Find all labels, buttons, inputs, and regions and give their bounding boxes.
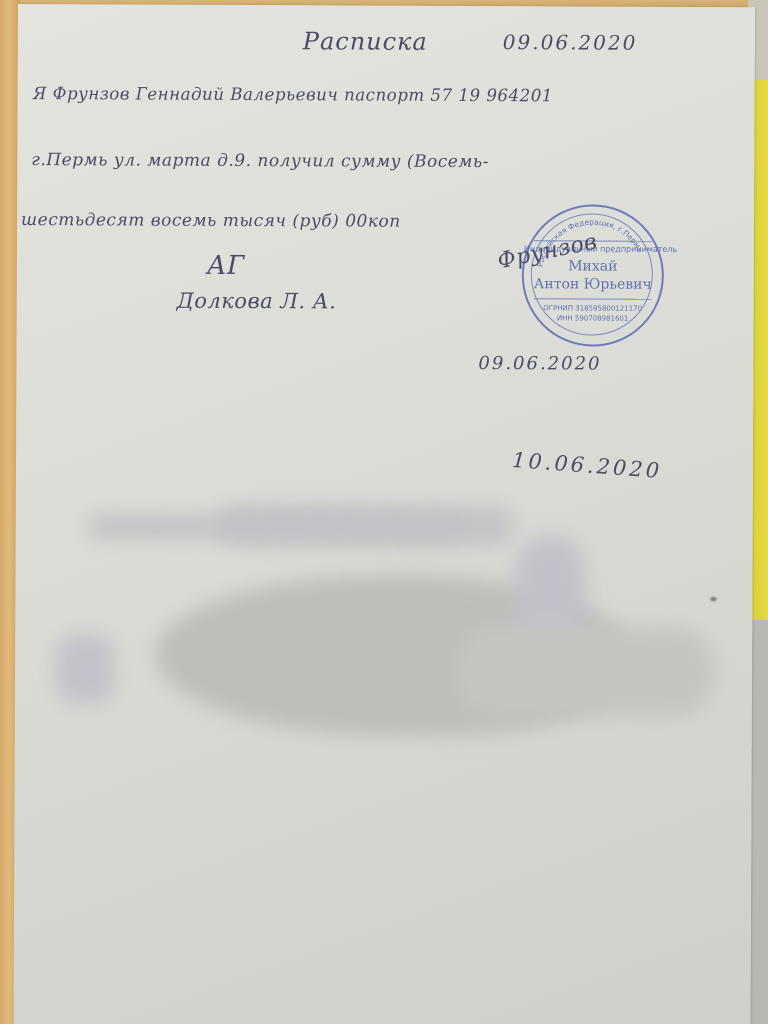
body-line-1: Я Фрунзов Геннадий Валерьевич паспорт 57…	[33, 84, 553, 106]
blur-shape	[455, 626, 715, 717]
receipt-paper: Расписка 09.06.2020 Я Фрунзов Геннадий В…	[14, 4, 755, 1024]
body-line-2: г.Пермь ул. марта д.9. получил сумму (Во…	[31, 150, 489, 172]
official-stamp: Российская Федерация, г.Пермь Индивидуал…	[522, 204, 665, 347]
body-line-3: шестьдесят восемь тысяч (руб) 00коп	[21, 210, 401, 232]
stamp-inn: ИНН 590708981601	[524, 314, 662, 323]
signature-initials: АГ	[207, 251, 245, 281]
signature-name: Долкова Л. А.	[177, 289, 337, 314]
stamp-ogrnip: ОГРНИП 318595800121170	[524, 304, 662, 313]
date-top: 09.06.2020	[503, 30, 638, 55]
stamp-name-given: Антон Юрьевич	[524, 276, 662, 293]
ink-mark	[710, 597, 716, 601]
date-signed: 09.06.2020	[478, 353, 601, 375]
blur-shape	[55, 634, 115, 704]
document-heading: Расписка	[303, 27, 428, 56]
blur-shape	[86, 514, 466, 540]
blurred-redacted-region	[35, 474, 756, 747]
